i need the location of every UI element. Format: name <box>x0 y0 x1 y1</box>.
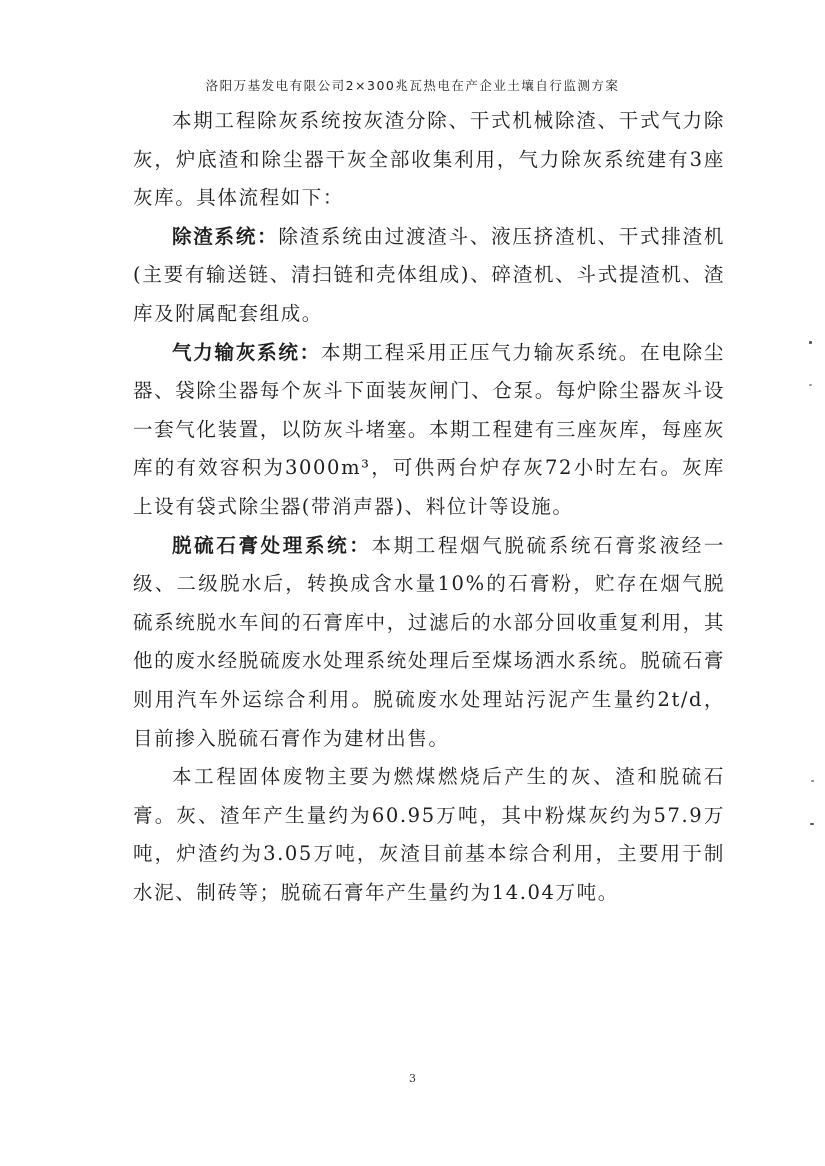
running-header: 洛阳万基发电有限公司2×300兆瓦热电在产企业土壤自行监测方案 <box>0 76 825 94</box>
scan-artifact-mark <box>811 780 814 782</box>
document-body: 本期工程除灰系统按灰渣分除、干式机械除渣、干式气力除灰，炉底渣和除尘器干灰全部收… <box>133 102 725 912</box>
scan-artifact-mark <box>809 341 812 344</box>
paragraph-text: 本期工程烟气脱硫系统石膏浆液经一级、二级脱水后，转换成含水量10%的石膏粉，贮存… <box>133 534 725 750</box>
paragraph-ash-removal-intro: 本期工程除灰系统按灰渣分除、干式机械除渣、干式气力除灰，炉底渣和除尘器干灰全部收… <box>133 102 725 218</box>
paragraph-solid-waste-summary: 本工程固体废物主要为燃煤燃烧后产生的灰、渣和脱硫石膏。灰、渣年产生量约为60.9… <box>133 758 725 912</box>
paragraph-text: 本期工程采用正压气力输灰系统。在电除尘器、袋除尘器每个灰斗下面装灰闸门、仓泵。每… <box>133 341 725 518</box>
scan-artifact-mark <box>810 823 814 825</box>
paragraph-lead-heading: 脱硫石膏处理系统： <box>172 534 371 557</box>
paragraph-slag-removal-system: 除渣系统：除渣系统由过渡渣斗、液压挤渣机、干式排渣机(主要有输送链、清扫链和壳体… <box>133 218 725 334</box>
paragraph-text: 本工程固体废物主要为燃煤燃烧后产生的灰、渣和脱硫石膏。灰、渣年产生量约为60.9… <box>133 765 725 904</box>
page-number: 3 <box>0 1072 825 1085</box>
paragraph-lead-heading: 气力输灰系统： <box>172 341 321 364</box>
paragraph-pneumatic-ash-system: 气力输灰系统：本期工程采用正压气力输灰系统。在电除尘器、袋除尘器每个灰斗下面装灰… <box>133 334 725 527</box>
scan-artifact-mark <box>809 384 812 386</box>
paragraph-gypsum-system: 脱硫石膏处理系统：本期工程烟气脱硫系统石膏浆液经一级、二级脱水后，转换成含水量1… <box>133 527 725 759</box>
paragraph-lead-heading: 除渣系统： <box>172 225 278 248</box>
paragraph-text: 本期工程除灰系统按灰渣分除、干式机械除渣、干式气力除灰，炉底渣和除尘器干灰全部收… <box>133 109 725 209</box>
